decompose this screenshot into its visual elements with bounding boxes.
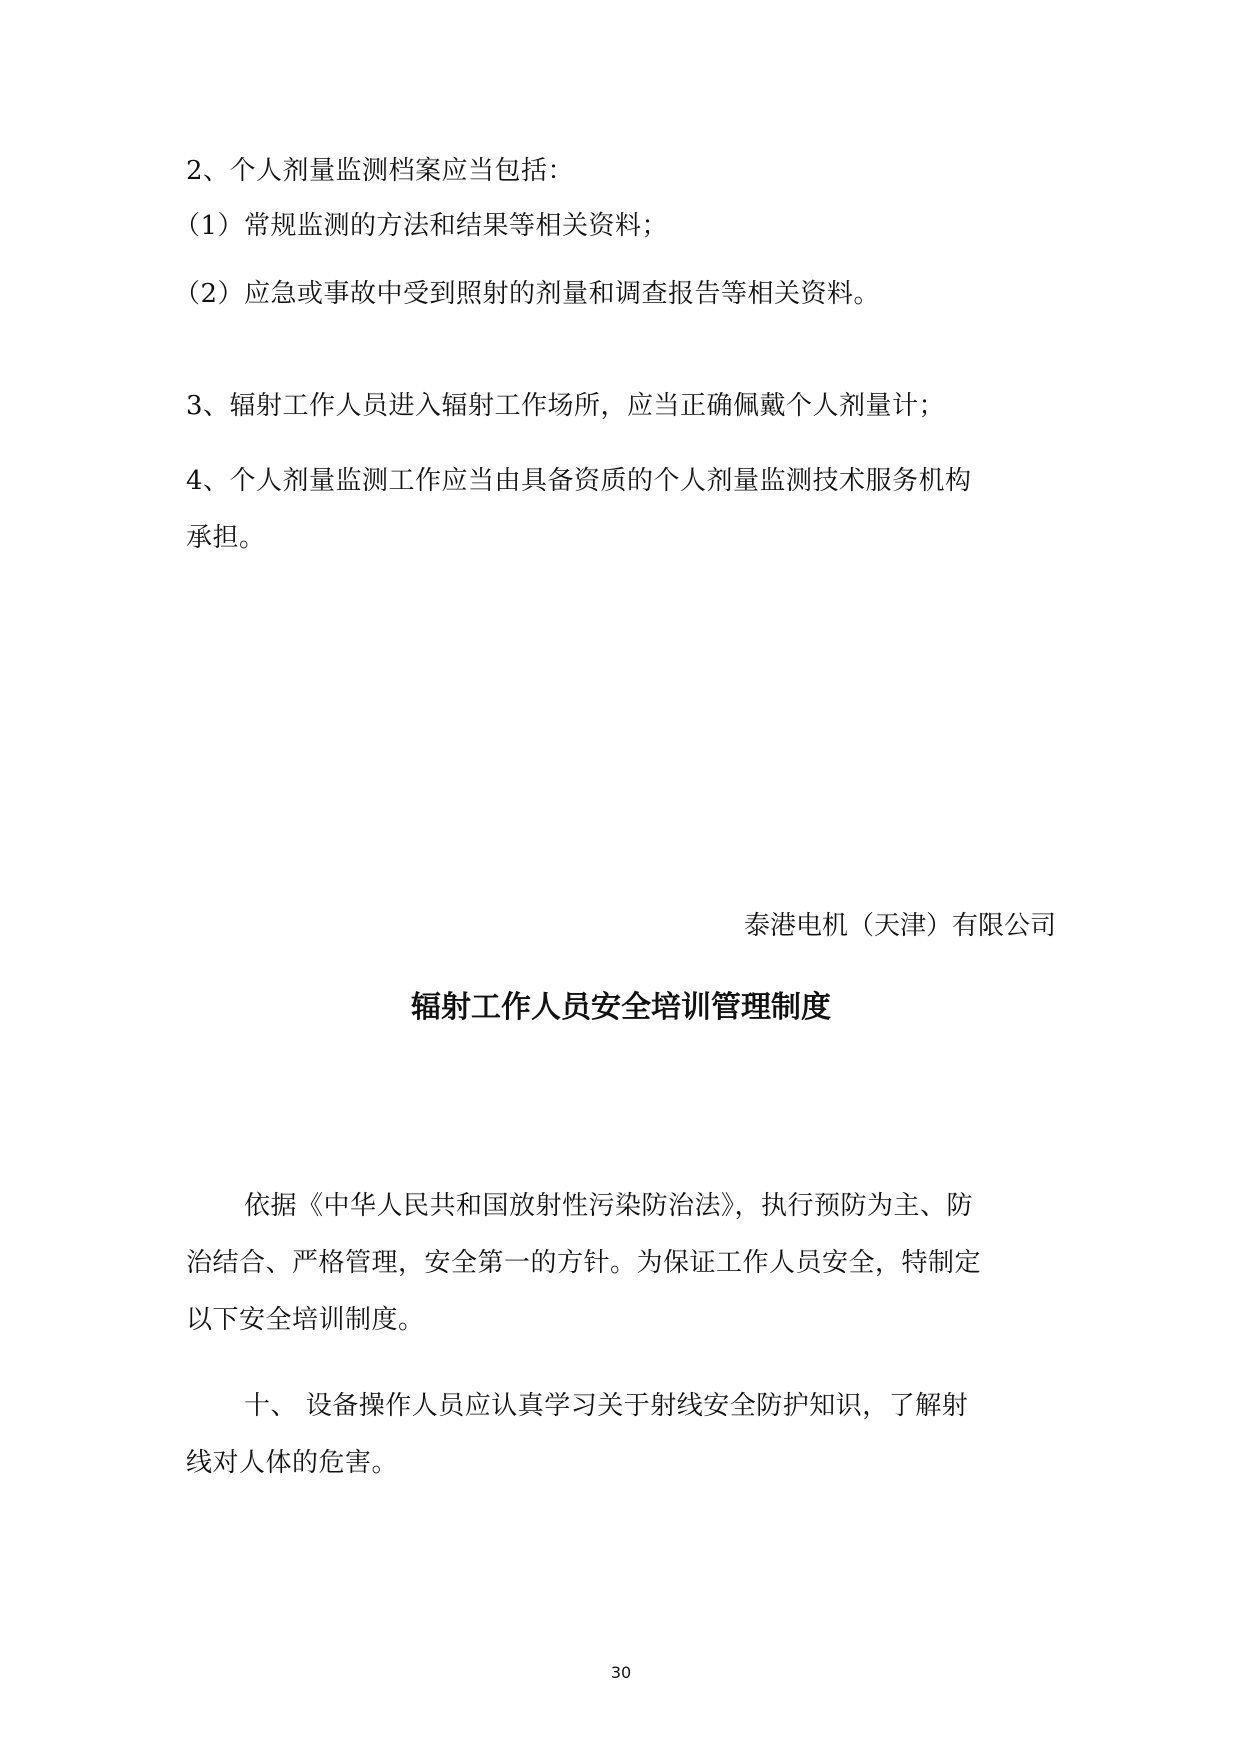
list-item-4: 4、个人剂量监测工作应当由具备资质的个人剂量监测技术服务机构 <box>186 465 972 497</box>
intro-paragraph-line-3: 以下安全培训制度。 <box>186 1304 425 1336</box>
intro-paragraph-line-1: 依据《中华人民共和国放射性污染防治法》，执行预防为主、防 <box>244 1190 973 1222</box>
list-item-4-continued: 承担。 <box>186 522 266 554</box>
company-signature: 泰港电机（天津）有限公司 <box>744 910 1056 942</box>
list-subitem-2: （2）应急或事故中受到照射的剂量和调查报告等相关资料。 <box>174 278 880 310</box>
list-item-3: 3、辐射工作人员进入辐射工作场所，应当正确佩戴个人剂量计； <box>186 390 945 422</box>
list-item-2: 2、个人剂量监测档案应当包括： <box>186 155 574 187</box>
clause-10-line-2: 线对人体的危害。 <box>186 1447 398 1479</box>
clause-10-line-1: 十、 设备操作人员应认真学习关于射线安全防护知识，了解射 <box>244 1390 968 1422</box>
section-title: 辐射工作人员安全培训管理制度 <box>0 988 1242 1028</box>
page-number: 30 <box>0 1663 1242 1682</box>
list-subitem-1: （1）常规监测的方法和结果等相关资料； <box>174 210 668 242</box>
intro-paragraph-line-2: 治结合、严格管理，安全第一的方针。为保证工作人员安全，特制定 <box>186 1247 981 1279</box>
